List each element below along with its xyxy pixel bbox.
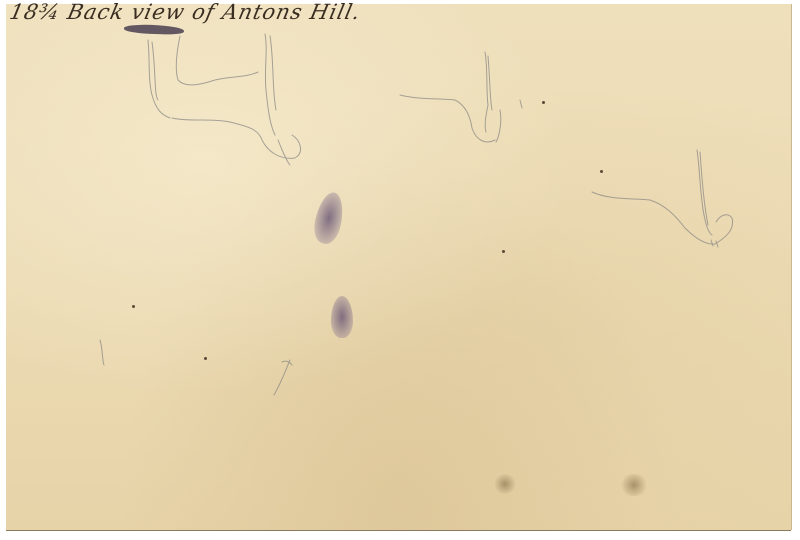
animal-sketch-center [400,52,522,142]
foxing-spot-right [619,474,649,496]
speck [542,101,545,104]
animal-sketch-left [148,34,301,165]
faint-marks-lower-left [100,340,292,395]
speck [600,170,603,173]
speck [132,305,135,308]
speck [204,357,207,360]
ink-stain-lower [331,296,353,338]
foxing-spot-left [493,474,517,494]
animal-sketch-right [592,150,733,247]
pencil-sketches [0,0,800,540]
speck [502,250,505,253]
